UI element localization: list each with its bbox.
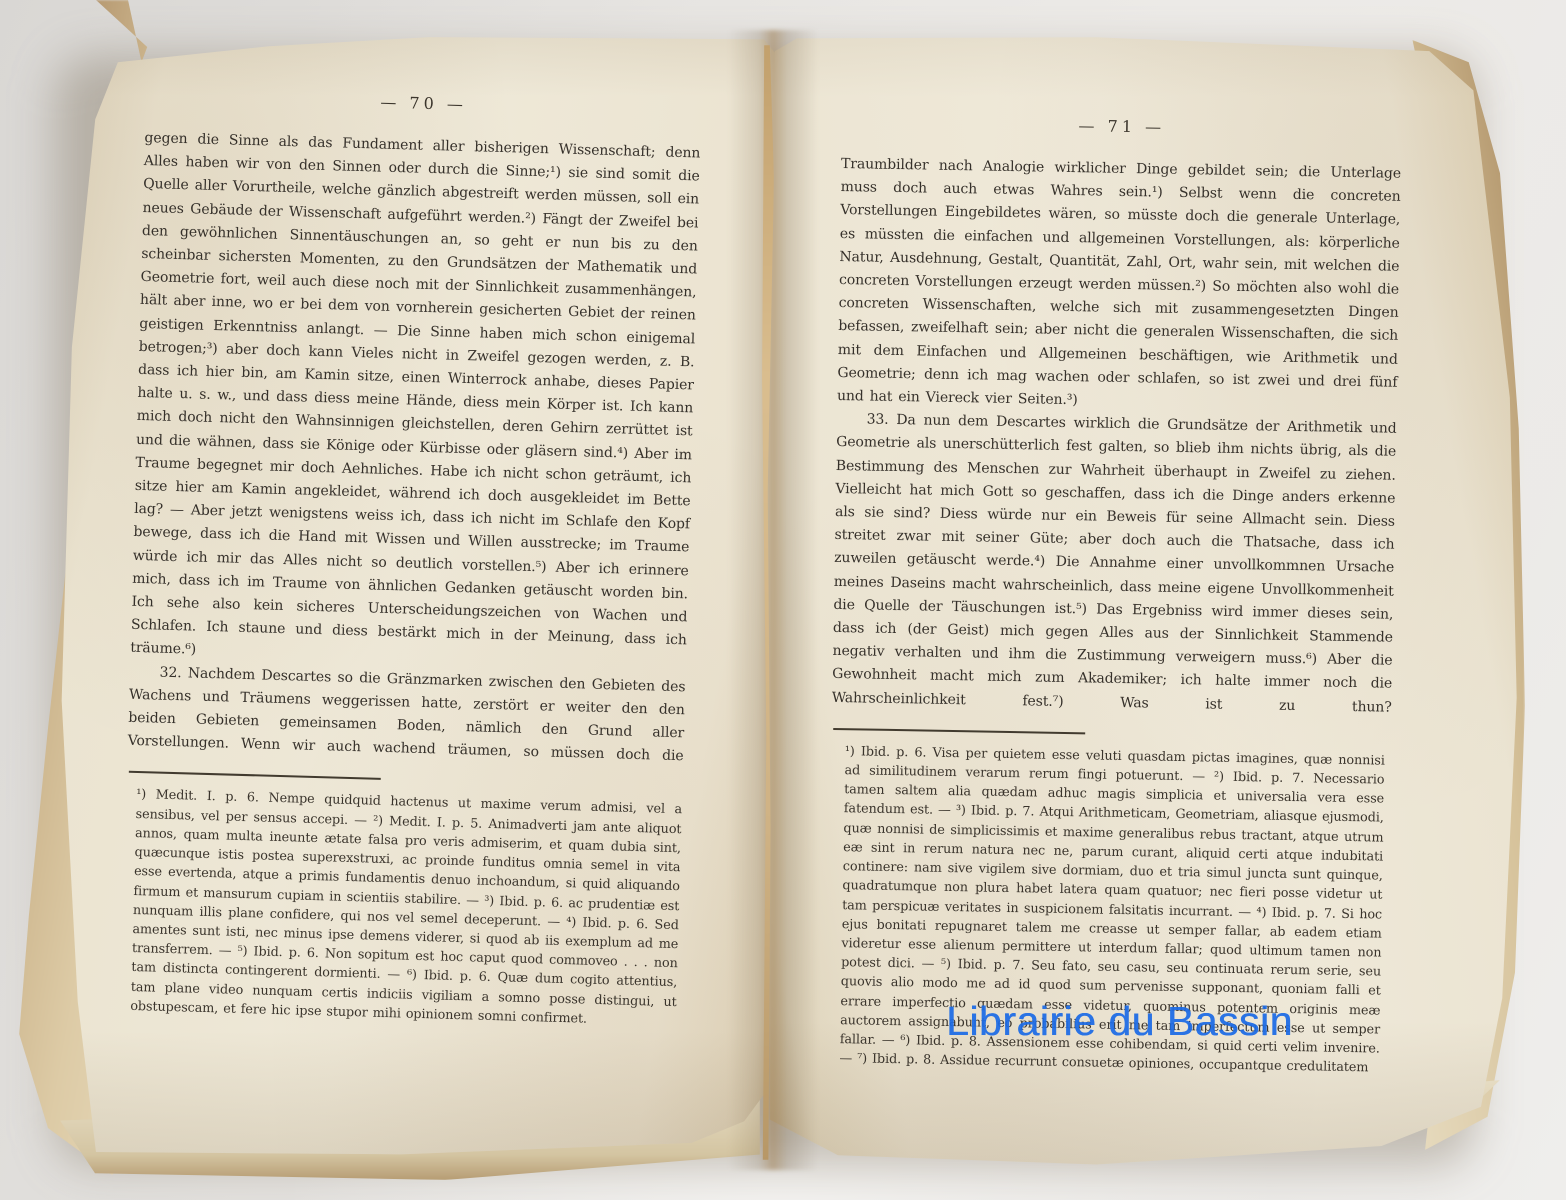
page-71-content: — 71 — Traumbilder nach Analogie wirklic…	[825, 112, 1402, 1078]
page-70-footnote-rule	[129, 771, 381, 780]
page-70-content: — 70 — gegen die Sinne als das Fundament…	[120, 86, 702, 1031]
page-71-paragraph-33: 33. Da nun dem Descartes wirklich die Gr…	[832, 408, 1397, 719]
librairie-du-bassin-watermark: Librairie du Bassin	[946, 998, 1293, 1045]
page-70-footnotes: ¹) Medit. I. p. 6. Nempe quidquid hacten…	[120, 785, 682, 1031]
page-71-paragraph-continuation: Traumbilder nach Analogie wirklicher Din…	[837, 153, 1401, 418]
book-photograph: — 70 — gegen die Sinne als das Fundament…	[0, 0, 1566, 1200]
page-70-paragraph-32: 32. Nachdem Descartes so die Gränzmarken…	[127, 660, 685, 768]
page-70-paragraph-continuation: gegen die Sinne als das Fundament aller …	[130, 127, 701, 676]
page-71-footnote-rule	[833, 728, 1085, 734]
